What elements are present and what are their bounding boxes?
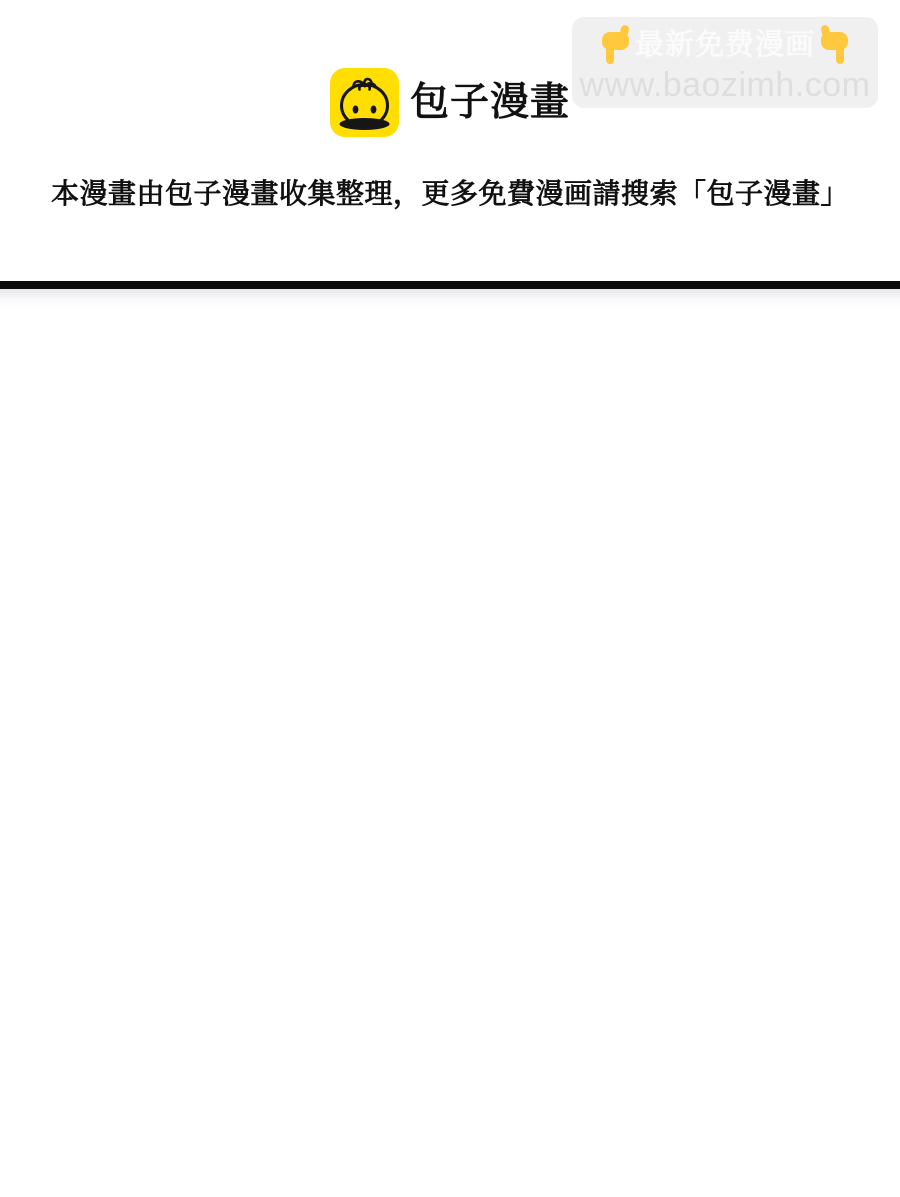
notice-text: 本漫畫由包子漫畫收集整理，更多免費漫画請搜索「包子漫畫」 (0, 178, 900, 210)
brand-header: 包子漫畫 (0, 68, 900, 137)
watermark-promo-text: 最新免费漫画 (635, 31, 815, 60)
hand-pointing-down-icon (817, 25, 851, 65)
hand-pointing-down-icon (599, 25, 633, 65)
baozi-logo-icon (330, 68, 399, 137)
divider-shadow (0, 289, 900, 311)
comic-page: 最新免费漫画 www.baozimh.com (0, 0, 900, 1197)
page-divider (0, 281, 900, 289)
brand-name: 包子漫畫 (410, 83, 570, 122)
watermark-promo-line: 最新免费漫画 (599, 23, 851, 67)
